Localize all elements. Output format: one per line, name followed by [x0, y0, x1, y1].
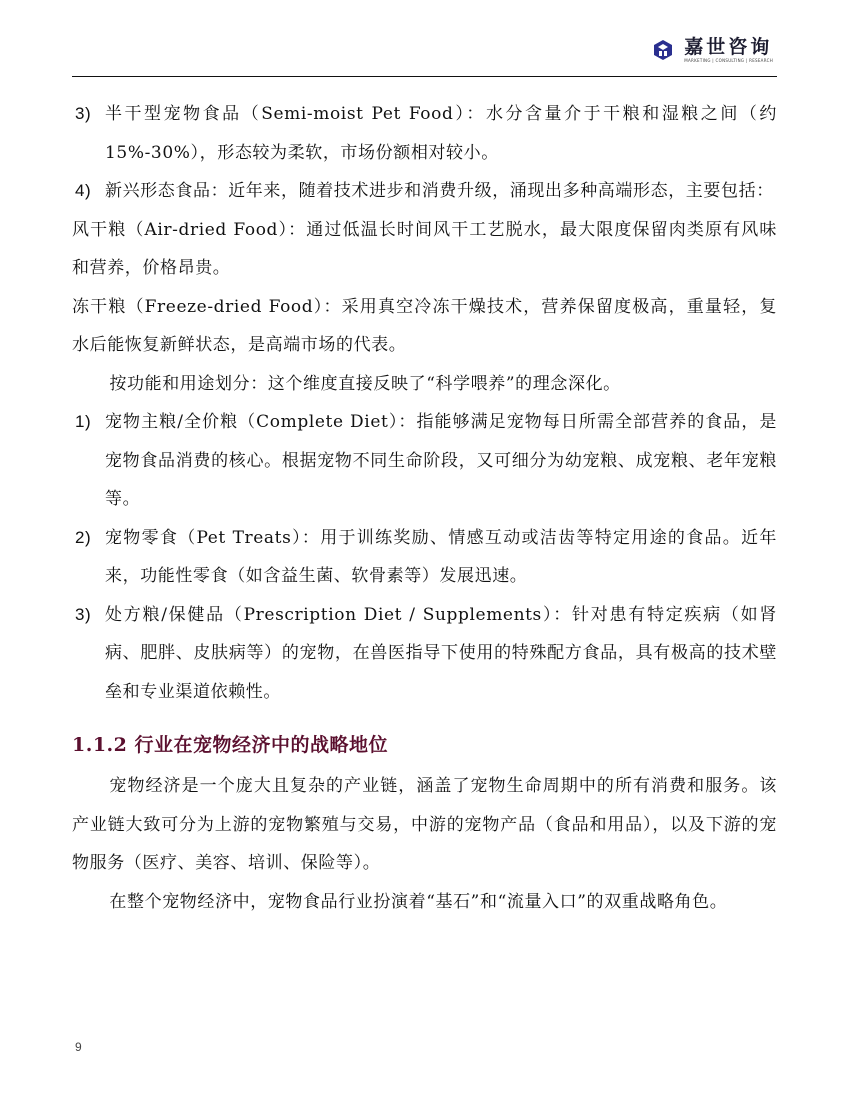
list-number: 4) — [75, 172, 91, 211]
list-item: 1) 宠物主粮/全价粮（Complete Diet）：指能够满足宠物每日所需全部… — [72, 403, 777, 519]
page-header: 嘉世咨询 MARKETING | CONSULTING | RESEARCH — [72, 30, 777, 77]
company-name: 嘉世咨询 — [684, 36, 772, 58]
company-logo-icon — [650, 37, 676, 63]
list-text: 宠物零食（Pet Treats）：用于训练奖励、情感互动或洁齿等特定用途的食品。… — [105, 528, 777, 587]
section-heading: 1.1.2 行业在宠物经济中的战略地位 — [72, 727, 777, 763]
paragraph-air-dried: 风干粮（Air-dried Food）：通过低温长时间风干工艺脱水，最大限度保留… — [72, 211, 777, 288]
list-text: 半干型宠物食品（Semi-moist Pet Food）：水分含量介于干粮和湿粮… — [105, 104, 777, 163]
company-logo: 嘉世咨询 MARKETING | CONSULTING | RESEARCH — [650, 36, 773, 64]
paragraph-section-1: 宠物经济是一个庞大且复杂的产业链，涵盖了宠物生命周期中的所有消费和服务。该产业链… — [72, 767, 777, 883]
paragraph-freeze-dried: 冻干粮（Freeze-dried Food）：采用真空冷冻干燥技术，营养保留度极… — [72, 288, 777, 365]
list-item: 3) 处方粮/保健品（Prescription Diet / Supplemen… — [72, 596, 777, 712]
paragraph-section-2: 在整个宠物经济中，宠物食品行业扮演着“基石”和“流量入口”的双重战略角色。 — [72, 883, 777, 922]
list-number: 1) — [75, 403, 91, 442]
list-text: 宠物主粮/全价粮（Complete Diet）：指能够满足宠物每日所需全部营养的… — [105, 412, 777, 509]
paragraph-function-intro: 按功能和用途划分：这个维度直接反映了“科学喂养”的理念深化。 — [72, 365, 777, 404]
list-number: 2) — [75, 519, 91, 558]
company-tagline: MARKETING | CONSULTING | RESEARCH — [684, 58, 773, 64]
list-item: 2) 宠物零食（Pet Treats）：用于训练奖励、情感互动或洁齿等特定用途的… — [72, 519, 777, 596]
list-number: 3) — [75, 596, 91, 635]
list-item: 4) 新兴形态食品：近年来，随着技术进步和消费升级，涌现出多种高端形态，主要包括… — [72, 172, 777, 211]
list-item: 3) 半干型宠物食品（Semi-moist Pet Food）：水分含量介于干粮… — [72, 95, 777, 172]
list-text: 处方粮/保健品（Prescription Diet / Supplements）… — [105, 605, 777, 702]
page-number: 9 — [75, 1040, 82, 1054]
document-body: 3) 半干型宠物食品（Semi-moist Pet Food）：水分含量介于干粮… — [72, 95, 777, 921]
list-number: 3) — [75, 95, 91, 134]
list-text: 新兴形态食品：近年来，随着技术进步和消费升级，涌现出多种高端形态，主要包括： — [105, 181, 774, 201]
